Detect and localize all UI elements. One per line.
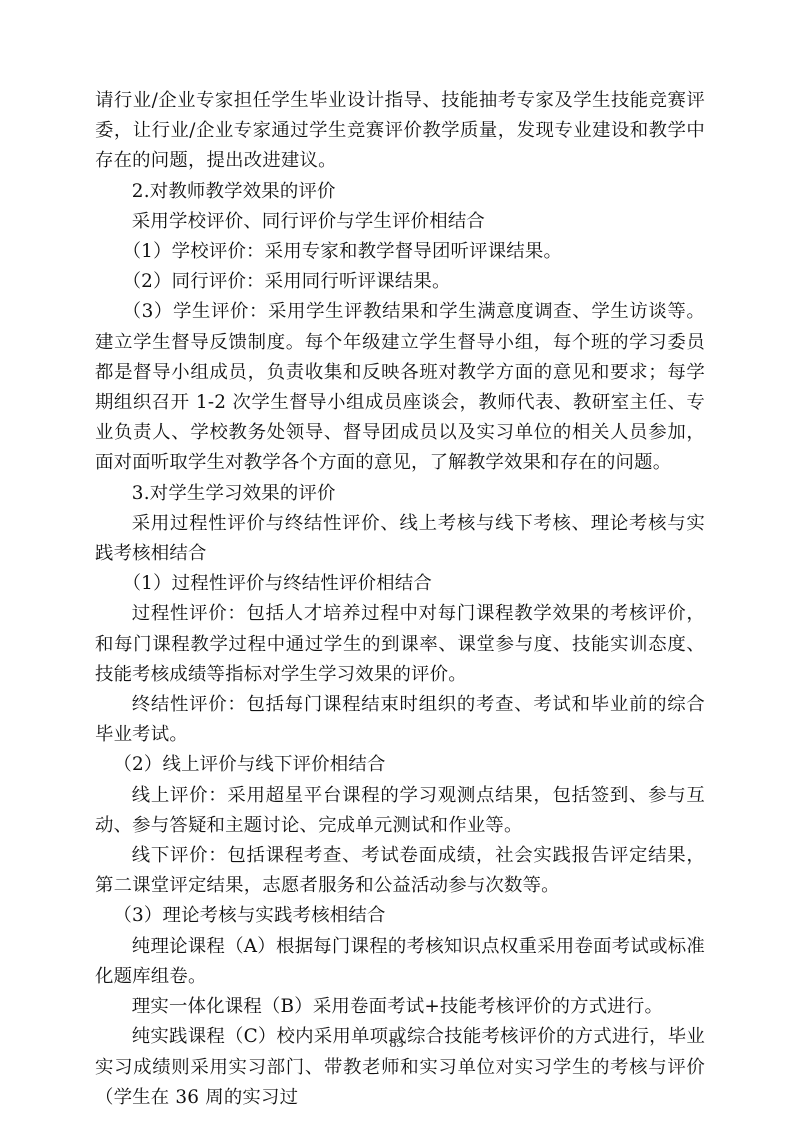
paragraph-integrated-course: 理实一体化课程（B）采用卷面考试+技能考核评价的方式进行。: [95, 992, 705, 1022]
subheading-online-offline: （2）线上评价与线下评价相结合: [95, 750, 705, 780]
paragraph-school-evaluation: （1）学校评价：采用专家和教学督导团听评课结果。: [95, 237, 705, 267]
paragraph-teacher-evaluation-intro: 采用学校评价、同行评价与学生评价相结合: [95, 207, 705, 237]
paragraph-offline-evaluation: 线下评价：包括课程考查、考试卷面成绩，社会实践报告评定结果，第二课堂评定结果，志…: [95, 841, 705, 901]
page-number: 83: [0, 1036, 793, 1052]
paragraph-student-evaluation: （3）学生评价：采用学生评教结果和学生满意度调查、学生访谈等。建立学生督导反馈制…: [95, 297, 705, 478]
subheading-process-summative: （1）过程性评价与终结性评价相结合: [95, 569, 705, 599]
paragraph-learning-evaluation-intro: 采用过程性评价与终结性评价、线上考核与线下考核、理论考核与实践考核相结合: [95, 509, 705, 569]
paragraph-summative-evaluation: 终结性评价：包括每门课程结束时组织的考查、考试和毕业前的综合毕业考试。: [95, 690, 705, 750]
document-body: 请行业/企业专家担任学生毕业设计指导、技能抽考专家及学生技能竞赛评委，让行业/企…: [95, 86, 705, 1113]
paragraph-theory-course: 纯理论课程（A）根据每门课程的考核知识点权重采用卷面考试或标准化题库组卷。: [95, 932, 705, 992]
paragraph-continuation: 请行业/企业专家担任学生毕业设计指导、技能抽考专家及学生技能竞赛评委，让行业/企…: [95, 86, 705, 177]
paragraph-online-evaluation: 线上评价：采用超星平台课程的学习观测点结果，包括签到、参与互动、参与答疑和主题讨…: [95, 781, 705, 841]
paragraph-peer-evaluation: （2）同行评价：采用同行听评课结果。: [95, 267, 705, 297]
section-heading-student-learning-evaluation: 3.对学生学习效果的评价: [95, 479, 705, 509]
subheading-theory-practice: （3）理论考核与实践考核相结合: [95, 901, 705, 931]
paragraph-process-evaluation: 过程性评价：包括人才培养过程中对每门课程教学效果的考核评价，和每门课程教学过程中…: [95, 599, 705, 690]
section-heading-teacher-evaluation: 2.对教师教学效果的评价: [95, 177, 705, 207]
